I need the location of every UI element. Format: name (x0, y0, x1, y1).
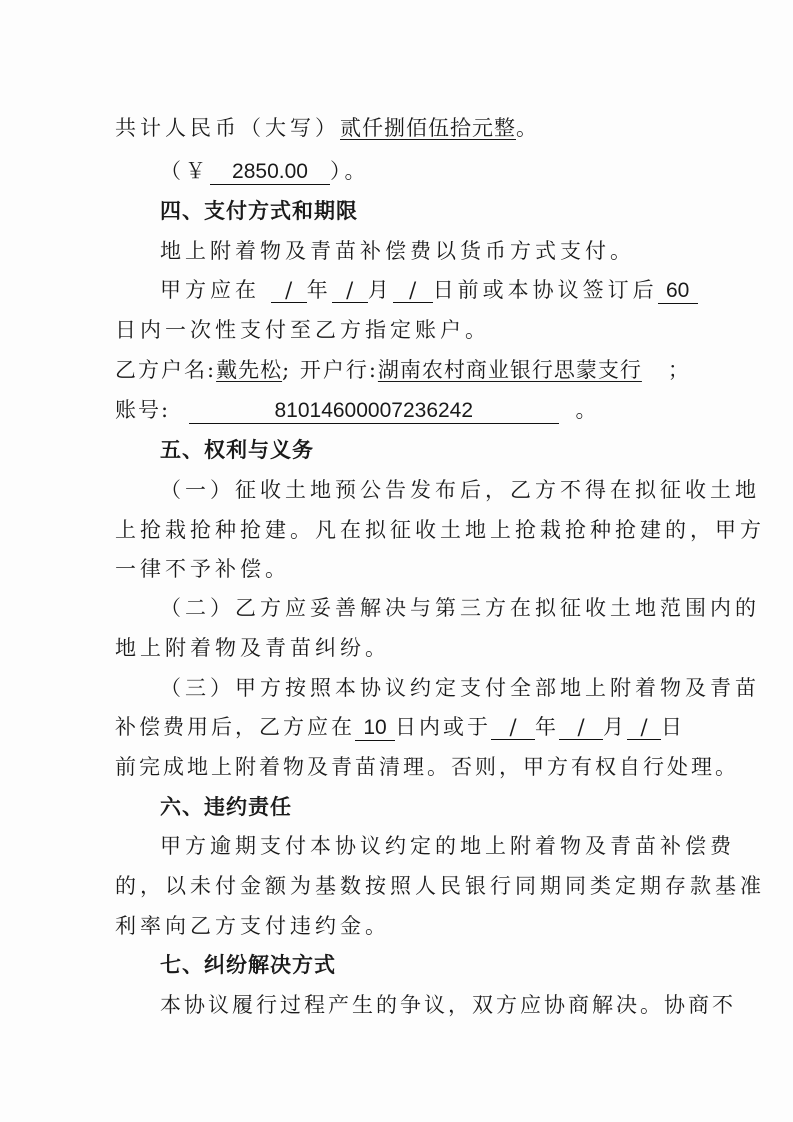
year-blank: / (491, 715, 535, 740)
section-5-item2-line1: （二）乙方应妥善解决与第三方在拟征收土地范围内的 (160, 594, 760, 622)
text: 补偿费用后，乙方应在 (115, 715, 355, 739)
section-5-item3-line2: 补偿费用后，乙方应在10日内或于/年/月/日 (115, 713, 685, 741)
semicolon: ； (668, 358, 691, 382)
text: 日前或本协议签订后 (433, 278, 658, 302)
section-7-title: 七、纠纷解决方式 (160, 951, 336, 979)
account-line: 乙方户名:戴先松; 开户行:湖南农村商业银行思蒙支行； (115, 356, 691, 384)
account-no-label: 账号: (115, 398, 170, 422)
month-blank: / (559, 715, 603, 740)
total-rmb-words: 贰仟捌佰伍拾元整 (340, 116, 516, 140)
section-6-line1: 甲方逾期支付本协议约定的地上附着物及青苗补偿费 (160, 832, 735, 860)
section-6-title: 六、违约责任 (160, 793, 292, 821)
period: 。 (575, 398, 598, 422)
bank-name: 湖南农村商业银行思蒙支行 (378, 358, 642, 382)
account-name: 戴先松 (216, 358, 282, 382)
days-blank: 60 (658, 279, 698, 304)
total-rmb-label: 共计人民币（大写） (115, 116, 340, 140)
day-blank: / (627, 715, 661, 740)
month-blank: / (332, 278, 368, 303)
section-5-item1-line3: 一律不予补偿。 (115, 555, 290, 583)
account-number-line: 账号: 81014600007236242 。 (115, 396, 598, 424)
day-label: 日 (661, 715, 685, 739)
total-amount-number-line: （￥2850.00）。 (160, 157, 370, 185)
year-label: 年 (307, 278, 332, 302)
document-page: 共计人民币（大写）贰仟捌佰伍拾元整。 （￥2850.00）。 四、支付方式和期限… (0, 0, 793, 1122)
bank-label: ; 开户行: (282, 358, 378, 382)
section-6-line3: 利率向乙方支付违约金。 (115, 912, 390, 940)
text: 日内或于 (395, 715, 491, 739)
section-6-line2: 的，以未付金额为基数按照人民银行同期同类定期存款基准 (115, 872, 765, 900)
month-label: 月 (368, 278, 393, 302)
total-amount-words-line: 共计人民币（大写）贰仟捌佰伍拾元整。 (115, 114, 541, 142)
section-5-item2-line2: 地上附着物及青苗纠纷。 (115, 634, 390, 662)
section-4-p2: 甲方应在 /年/月/日前或本协议签订后60 (160, 276, 698, 304)
section-4-p2-cont: 日内一次性支付至乙方指定账户。 (115, 316, 490, 344)
month-label: 月 (603, 715, 627, 739)
section-5-item1-line1: （一）征收土地预公告发布后，乙方不得在拟征收土地 (160, 476, 760, 504)
section-7-line1: 本协议履行过程产生的争议，双方应协商解决。协商不 (160, 991, 736, 1019)
year-label: 年 (535, 715, 559, 739)
year-blank: / (271, 278, 307, 303)
yen-amount: 2850.00 (210, 160, 330, 185)
section-5-item1-line2: 上抢栽抢种抢建。凡在拟征收土地上抢栽抢种抢建的，甲方 (115, 516, 765, 544)
section-4-title: 四、支付方式和期限 (160, 197, 358, 225)
text: 甲方应在 (160, 278, 260, 302)
period: 。 (516, 116, 541, 140)
account-number: 81014600007236242 (189, 399, 559, 424)
section-4-p1: 地上附着物及青苗补偿费以货币方式支付。 (160, 237, 635, 265)
account-name-label: 乙方户名: (115, 358, 216, 382)
section-5-title: 五、权利与义务 (160, 436, 314, 464)
section-5-item3-line3: 前完成地上附着物及青苗清理。否则，甲方有权自行处理。 (115, 753, 739, 781)
yen-close: ）。 (330, 159, 370, 183)
day-blank: / (393, 278, 433, 303)
days-blank: 10 (355, 716, 395, 741)
section-5-item3-line1: （三）甲方按照本协议约定支付全部地上附着物及青苗 (160, 674, 760, 702)
yen-open: （￥ (160, 159, 210, 183)
